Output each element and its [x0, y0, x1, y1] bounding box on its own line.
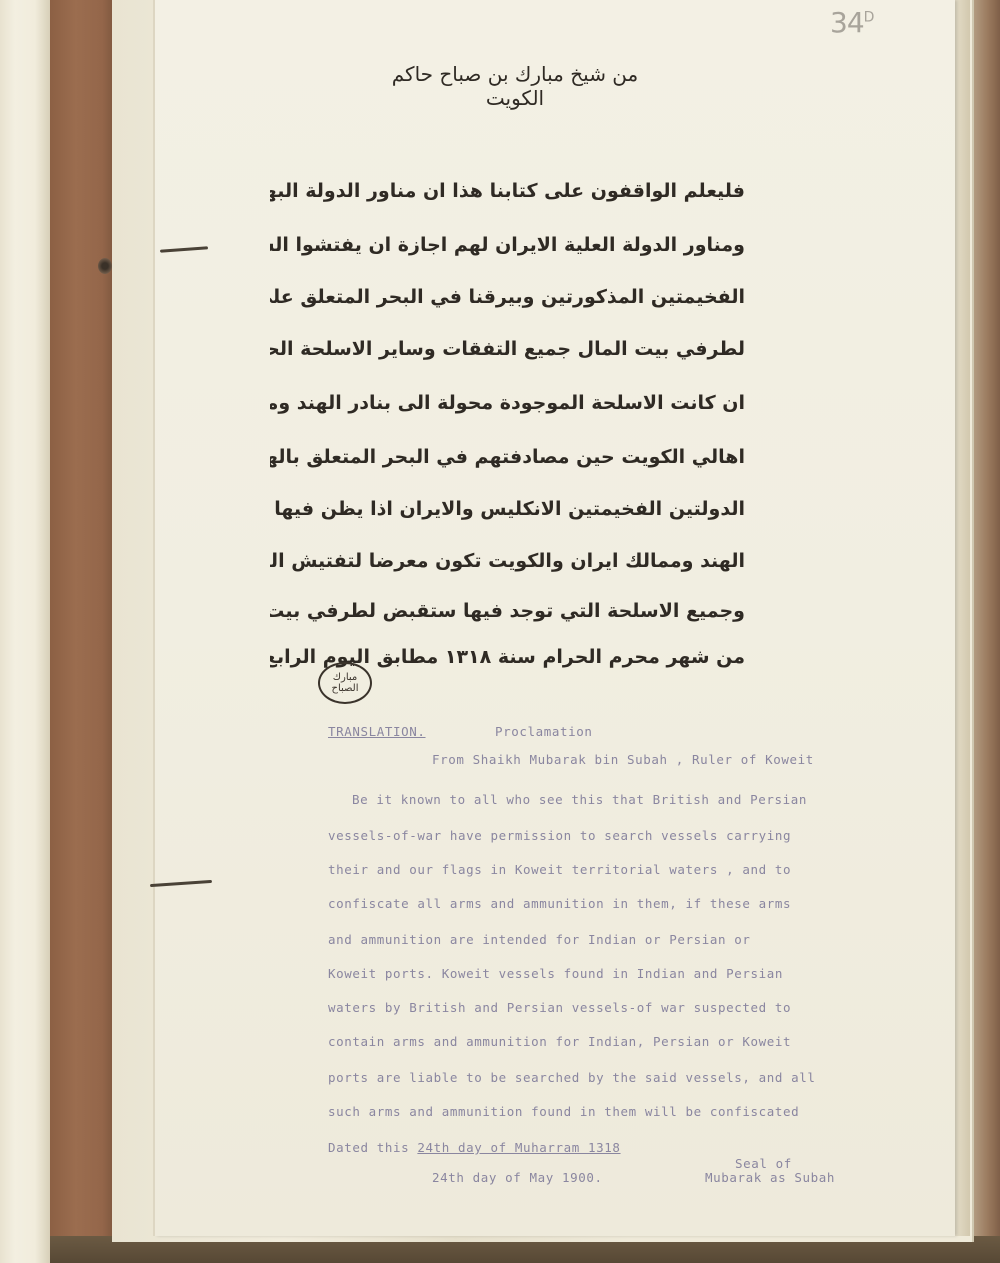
dated-hijri: 24th day of Muharram 1318 [417, 1140, 620, 1155]
seal-name: Mubarak as Subah [705, 1170, 835, 1185]
arabic-line: الفخيمتين المذكورتين وبيرقنا في البحر ال… [270, 286, 745, 308]
translation-body-line: ports are liable to be searched by the s… [328, 1070, 816, 1085]
binding-hole [98, 258, 112, 274]
arabic-line: لطرفي بيت المال جميع التفقات وساير الاسل… [270, 338, 745, 360]
translation-body-line: their and our flags in Koweit territoria… [328, 862, 791, 877]
dated-line: Dated this 24th day of Muharram 1318 [328, 1140, 621, 1155]
arabic-line: وجميع الاسلحة التي توجد فيها ستقبض لطرفي… [270, 600, 745, 622]
arabic-line: فليعلم الواقفون على كتابنا هذا ان مناور … [270, 180, 745, 202]
page-edge-right [955, 0, 970, 1236]
previous-page-edge [0, 0, 50, 1263]
translation-label: TRANSLATION. [328, 724, 426, 739]
translation-title: Proclamation [495, 724, 593, 739]
right-binding-edge [970, 0, 1000, 1263]
dated-gregorian: 24th day of May 1900. [432, 1170, 603, 1185]
folio-number-text: 34 [830, 6, 864, 39]
folio-suffix: D [864, 10, 874, 26]
arabic-line: اهالي الكويت حين مصادفتهم في البحر المتع… [270, 446, 745, 468]
translation-body-line: and ammunition are intended for Indian o… [328, 932, 751, 947]
translation-from: From Shaikh Mubarak bin Subah , Ruler of… [432, 752, 814, 767]
arabic-line: الهند وممالك ايران والكويت تكون معرضا لت… [270, 550, 745, 572]
translation-body-line: waters by British and Persian vessels-of… [328, 1000, 791, 1015]
arabic-line: ان كانت الاسلحة الموجودة محولة الى بنادر… [270, 392, 745, 414]
seal-text: مبارك الصباح [320, 672, 370, 694]
folio-number: 34D [830, 6, 873, 39]
binding-board [50, 0, 115, 1245]
translation-body-line: vessels-of-war have permission to search… [328, 828, 791, 843]
dated-prefix: Dated this [328, 1140, 417, 1155]
translation-body-line: Koweit ports. Koweit vessels found in In… [328, 966, 783, 981]
arabic-heading: من شيخ مبارك بن صباح حاكم الكويت [360, 62, 670, 110]
arabic-line: ومناور الدولة العلية الايران لهم اجازة ا… [270, 234, 745, 256]
translation-body-line: confiscate all arms and ammunition in th… [328, 896, 791, 911]
seal-label: Seal of [735, 1156, 792, 1171]
translation-body-line: contain arms and ammunition for Indian, … [328, 1034, 791, 1049]
arabic-line: الدولتين الفخيمتين الانكليس والايران اذا… [270, 498, 745, 520]
translation-body-line: Be it known to all who see this that Bri… [352, 792, 807, 807]
seal-stamp: مبارك الصباح [318, 662, 372, 704]
translation-body-line: such arms and ammunition found in them w… [328, 1104, 799, 1119]
